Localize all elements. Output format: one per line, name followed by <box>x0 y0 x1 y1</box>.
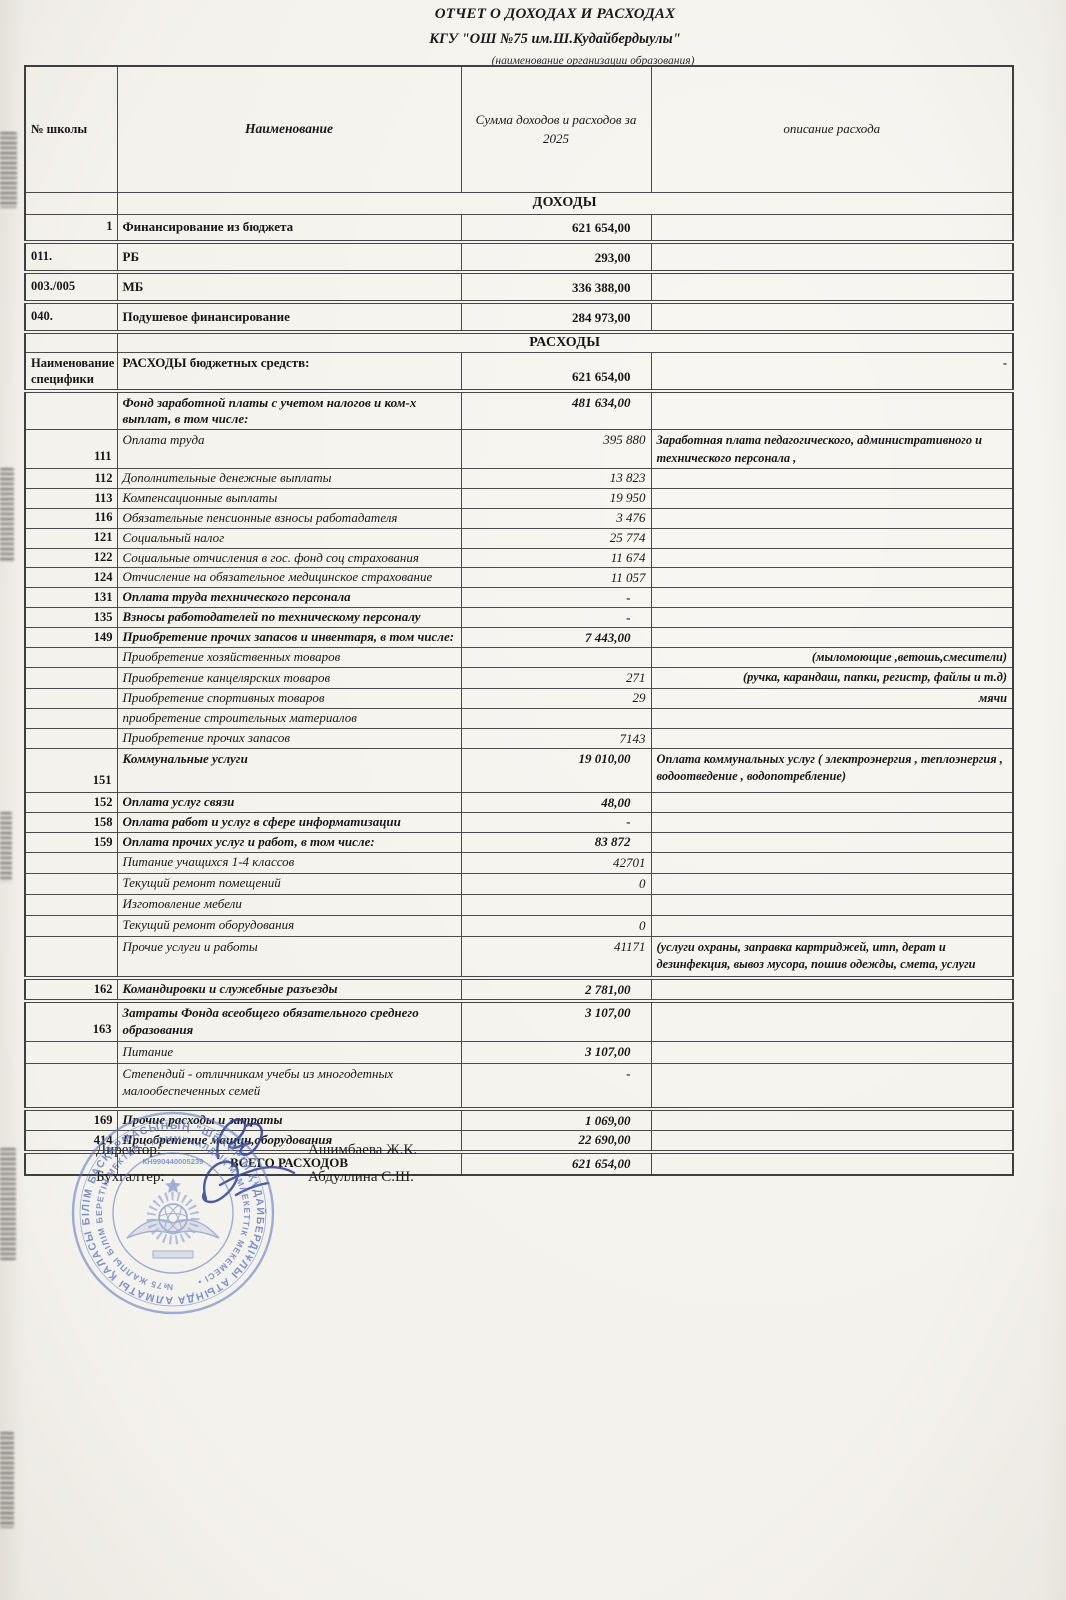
cell-desc <box>651 391 1013 430</box>
cell-desc <box>651 1131 1013 1152</box>
cell-sum: 29 <box>461 688 651 708</box>
cell-sum: 42701 <box>461 852 651 873</box>
cell-name: РБ <box>117 242 461 272</box>
cell-sum: 13 823 <box>461 469 651 489</box>
cell-num <box>25 936 117 978</box>
cell-sum: 336 388,00 <box>461 272 651 302</box>
cell-num: 149 <box>25 628 117 648</box>
organization-name: КГУ "ОШ №75 им.Ш.Кудайбердыулы" <box>0 31 1066 48</box>
table-row: 121Социальный налог25 774 <box>25 528 1013 548</box>
cell-name: Прочие услуги и работы <box>117 936 461 978</box>
cell-name: МБ <box>117 272 461 302</box>
table-row: 116Обязательные пенсионные взносы работа… <box>25 508 1013 528</box>
cell-num <box>25 915 117 936</box>
scan-artifact <box>0 468 14 562</box>
cell-num: 124 <box>25 568 117 588</box>
header-description: описание расхода <box>651 66 1013 192</box>
cell-desc <box>651 873 1013 894</box>
accountant-name: Абдуллина С.Ш. <box>308 1169 414 1186</box>
cell-desc: Оплата коммунальных услуг ( электроэнерг… <box>651 749 1013 793</box>
table-row: 003./005МБ336 388,00 <box>25 272 1013 302</box>
table-row: 131Оплата труда технического персонала- <box>25 588 1013 608</box>
cell-num: 135 <box>25 608 117 628</box>
cell-desc <box>651 488 1013 508</box>
cell-desc <box>651 793 1013 813</box>
cell-desc <box>651 528 1013 548</box>
cell-sum: - <box>461 608 651 628</box>
cell-num <box>25 729 117 749</box>
cell-desc <box>651 852 1013 873</box>
cell-num: Наименование специфики <box>25 353 117 391</box>
table-row: Приобретение спортивных товаров29мячи <box>25 688 1013 708</box>
table-row: 112Дополнительные денежные выплаты13 823 <box>25 469 1013 489</box>
cell-num: 158 <box>25 812 117 832</box>
cell-num <box>25 894 117 915</box>
cell-desc <box>651 729 1013 749</box>
table-row: 159Оплата прочих услуг и работ, в том чи… <box>25 832 1013 852</box>
cell-sum: 284 973,00 <box>461 302 651 332</box>
cell-name: Оплата труда <box>117 430 461 469</box>
cell-sum: 7143 <box>461 729 651 749</box>
cell-name: Текущий ремонт помещений <box>117 873 461 894</box>
cell-desc <box>651 272 1013 302</box>
header-school-number: № школы <box>25 66 117 192</box>
cell-num: 121 <box>25 528 117 548</box>
table-row: 152Оплата услуг связи48,00 <box>25 793 1013 813</box>
cell-num <box>25 688 117 708</box>
cell-sum: 25 774 <box>461 528 651 548</box>
cell-num: 116 <box>25 508 117 528</box>
cell-name: Приобретение канцелярских товаров <box>117 668 461 688</box>
cell-num: 111 <box>25 430 117 469</box>
cell-desc <box>651 588 1013 608</box>
cell-desc: (ручка, карандаш, папки, регистр, файлы … <box>651 668 1013 688</box>
cell-desc <box>651 1001 1013 1041</box>
cell-num: 163 <box>25 1001 117 1041</box>
cell-num: 011. <box>25 242 117 272</box>
cell-name: Приобретение спортивных товаров <box>117 688 461 708</box>
cell-sum: 271 <box>461 668 651 688</box>
table-row: 1Финансирование из бюджета621 654,00 <box>25 214 1013 242</box>
cell-desc <box>651 568 1013 588</box>
cell-num: 159 <box>25 832 117 852</box>
cell-sum: 1 069,00 <box>461 1109 651 1130</box>
cell-num <box>25 648 117 668</box>
table-row: 113Компенсационные выплаты19 950 <box>25 488 1013 508</box>
table-header-row: № школы Наименование Сумма доходов и рас… <box>25 66 1013 192</box>
cell-name: Оплата услуг связи <box>117 793 461 813</box>
cell-sum: 621 654,00 <box>461 353 651 391</box>
table-row: Фонд заработной платы с учетом налогов и… <box>25 391 1013 430</box>
cell-sum: 11 057 <box>461 568 651 588</box>
cell-num: 003./005 <box>25 272 117 302</box>
table-row: 162Командировки и служебные разъезды2 78… <box>25 978 1013 1001</box>
cell-num: 131 <box>25 588 117 608</box>
table-row: 158Оплата работ и услуг в сфере информат… <box>25 812 1013 832</box>
cell-name: Компенсационные выплаты <box>117 488 461 508</box>
cell-desc <box>651 242 1013 272</box>
cell-desc: (услуги охраны, заправка картриджей, итп… <box>651 936 1013 978</box>
cell-sum: 395 880 <box>461 430 651 469</box>
cell-num <box>25 668 117 688</box>
cell-sum: - <box>461 812 651 832</box>
cell-name: Затраты Фонда всеобщего обязательного ср… <box>117 1001 461 1041</box>
cell-num: 113 <box>25 488 117 508</box>
cell-num: 112 <box>25 469 117 489</box>
cell-sum: 11 674 <box>461 548 651 568</box>
cell-desc <box>651 978 1013 1001</box>
cell-name: Финансирование из бюджета <box>117 214 461 242</box>
cell-sum: 19 010,00 <box>461 749 651 793</box>
cell-num <box>25 1041 117 1063</box>
table-row: Питание учащихся 1-4 классов42701 <box>25 852 1013 873</box>
table-row: 149Приобретение прочих запасов и инвента… <box>25 628 1013 648</box>
cell-desc <box>651 1152 1013 1175</box>
cell-name: Социальные отчисления в гос. фонд соц ст… <box>117 548 461 568</box>
table-row: 040.Подушевое финансирование284 973,00 <box>25 302 1013 332</box>
cell-sum: 41171 <box>461 936 651 978</box>
cell-sum: 22 690,00 <box>461 1131 651 1152</box>
cell-sum: 3 476 <box>461 508 651 528</box>
cell-sum: - <box>461 588 651 608</box>
cell-name: Взносы работодателей по техническому пер… <box>117 608 461 628</box>
cell-desc <box>651 469 1013 489</box>
cell-desc <box>651 628 1013 648</box>
cell-sum: 2 781,00 <box>461 978 651 1001</box>
section-band-label: РАСХОДЫ <box>117 332 1013 353</box>
scan-artifact <box>0 1432 14 1528</box>
cell-name: Обязательные пенсионные взносы работадат… <box>117 508 461 528</box>
cell-sum <box>461 894 651 915</box>
cell-num: 152 <box>25 793 117 813</box>
cell-desc <box>651 508 1013 528</box>
cell-name: Приобретение хозяйственных товаров <box>117 648 461 668</box>
official-round-stamp: АЛМАТЫ ҚАЛАСЫ БІЛІМ БАСҚАРМАСЫНЫҢ "ШӘКӘР… <box>58 1098 288 1328</box>
cell-sum: 83 872 <box>461 832 651 852</box>
cell-num: 040. <box>25 302 117 332</box>
cell-desc <box>651 1109 1013 1130</box>
cell-sum: 3 107,00 <box>461 1001 651 1041</box>
table-row: 151Коммунальные услуги19 010,00Оплата ко… <box>25 749 1013 793</box>
cell-num: 151 <box>25 749 117 793</box>
cell-desc <box>651 709 1013 729</box>
cell-desc <box>651 1063 1013 1109</box>
cell-desc <box>651 214 1013 242</box>
stamp-id-number: КН990440005239 <box>143 1157 204 1166</box>
cell-desc: мячи <box>651 688 1013 708</box>
table-row: Приобретение канцелярских товаров271(руч… <box>25 668 1013 688</box>
cell-name: Фонд заработной платы с учетом налогов и… <box>117 391 461 430</box>
cell-name: Социальный налог <box>117 528 461 548</box>
table-row: Изготовление мебели <box>25 894 1013 915</box>
header-sum: Сумма доходов и расходов за 2025 <box>461 66 651 192</box>
scan-artifact <box>0 812 12 882</box>
cell-desc: (мыломоющие ,ветошь,смесители) <box>651 648 1013 668</box>
cell-name: Подушевое финансирование <box>117 302 461 332</box>
cell-num <box>25 391 117 430</box>
cell-desc: Заработная плата педагогического, админи… <box>651 430 1013 469</box>
cell-name: Коммунальные услуги <box>117 749 461 793</box>
header-name: Наименование <box>117 66 461 192</box>
table-row: 124Отчисление на обязательное медицинско… <box>25 568 1013 588</box>
cell-name: Изготовление мебели <box>117 894 461 915</box>
cell-name: Текущий ремонт оборудования <box>117 915 461 936</box>
cell-sum: 48,00 <box>461 793 651 813</box>
scanned-report-page: ОТЧЕТ О ДОХОДАХ И РАСХОДАХ КГУ "ОШ №75 и… <box>0 0 1066 1600</box>
cell-sum: - <box>461 1063 651 1109</box>
cell-num: 122 <box>25 548 117 568</box>
cell-name: Оплата работ и услуг в сфере информатиза… <box>117 812 461 832</box>
table-row: 122Социальные отчисления в гос. фонд соц… <box>25 548 1013 568</box>
cell-name: Питание <box>117 1041 461 1063</box>
stamp-emblem <box>127 1178 219 1258</box>
table-row: приобретение строительных материалов <box>25 709 1013 729</box>
table-row: Приобретение хозяйственных товаров(мылом… <box>25 648 1013 668</box>
scan-artifact <box>0 132 17 208</box>
cell-sum: 481 634,00 <box>461 391 651 430</box>
table-row: Приобретение прочих запасов7143 <box>25 729 1013 749</box>
cell-name: Оплата прочих услуг и работ, в том числе… <box>117 832 461 852</box>
cell-name: Оплата труда технического персонала <box>117 588 461 608</box>
section-band-row: РАСХОДЫ <box>25 332 1013 353</box>
cell-sum: 19 950 <box>461 488 651 508</box>
cell-num: 1 <box>25 214 117 242</box>
cell-name: РАСХОДЫ бюджетных средств: <box>117 353 461 391</box>
report-title: ОТЧЕТ О ДОХОДАХ И РАСХОДАХ <box>0 6 1066 23</box>
cell-desc: - <box>651 353 1013 391</box>
cell-num <box>25 709 117 729</box>
table-row: Питание3 107,00 <box>25 1041 1013 1063</box>
cell-desc <box>651 608 1013 628</box>
section-band-label: ДОХОДЫ <box>117 192 1013 214</box>
cell-name: Дополнительные денежные выплаты <box>117 469 461 489</box>
cell-sum: 621 654,00 <box>461 214 651 242</box>
cell-desc <box>651 812 1013 832</box>
cell-desc <box>651 832 1013 852</box>
cell-num <box>25 852 117 873</box>
table-row: 163Затраты Фонда всеобщего обязательного… <box>25 1001 1013 1041</box>
cell-sum: 0 <box>461 915 651 936</box>
table-row: 111Оплата труда395 880Заработная плата п… <box>25 430 1013 469</box>
cell-sum <box>461 709 651 729</box>
cell-desc <box>651 548 1013 568</box>
cell-name: Командировки и служебные разъезды <box>117 978 461 1001</box>
cell-sum: 3 107,00 <box>461 1041 651 1063</box>
cell-name: Приобретение прочих запасов и инвентаря,… <box>117 628 461 648</box>
table-row: 011.РБ293,00 <box>25 242 1013 272</box>
cell-name: приобретение строительных материалов <box>117 709 461 729</box>
cell-sum <box>461 648 651 668</box>
scan-artifact <box>0 1148 16 1260</box>
cell-name: Приобретение прочих запасов <box>117 729 461 749</box>
cell-sum: 621 654,00 <box>461 1152 651 1175</box>
income-expense-table: № школы Наименование Сумма доходов и рас… <box>24 65 1014 1176</box>
cell-sum: 7 443,00 <box>461 628 651 648</box>
director-name: Ашимбаева Ж.К. <box>308 1142 417 1159</box>
cell-num <box>25 192 117 214</box>
table-row: 135Взносы работодателей по техническому … <box>25 608 1013 628</box>
section-band-row: ДОХОДЫ <box>25 192 1013 214</box>
cell-desc <box>651 894 1013 915</box>
cell-name: Питание учащихся 1-4 классов <box>117 852 461 873</box>
cell-sum: 0 <box>461 873 651 894</box>
cell-num: 162 <box>25 978 117 1001</box>
table-row: Текущий ремонт оборудования0 <box>25 915 1013 936</box>
cell-sum: 293,00 <box>461 242 651 272</box>
cell-desc <box>651 915 1013 936</box>
table-row: Наименование спецификиРАСХОДЫ бюджетных … <box>25 353 1013 391</box>
cell-num <box>25 873 117 894</box>
table-row: Прочие услуги и работы41171(услуги охран… <box>25 936 1013 978</box>
cell-desc <box>651 1041 1013 1063</box>
cell-name: Отчисление на обязательное медицинское с… <box>117 568 461 588</box>
cell-num <box>25 332 117 353</box>
cell-desc <box>651 302 1013 332</box>
table-row: Текущий ремонт помещений0 <box>25 873 1013 894</box>
